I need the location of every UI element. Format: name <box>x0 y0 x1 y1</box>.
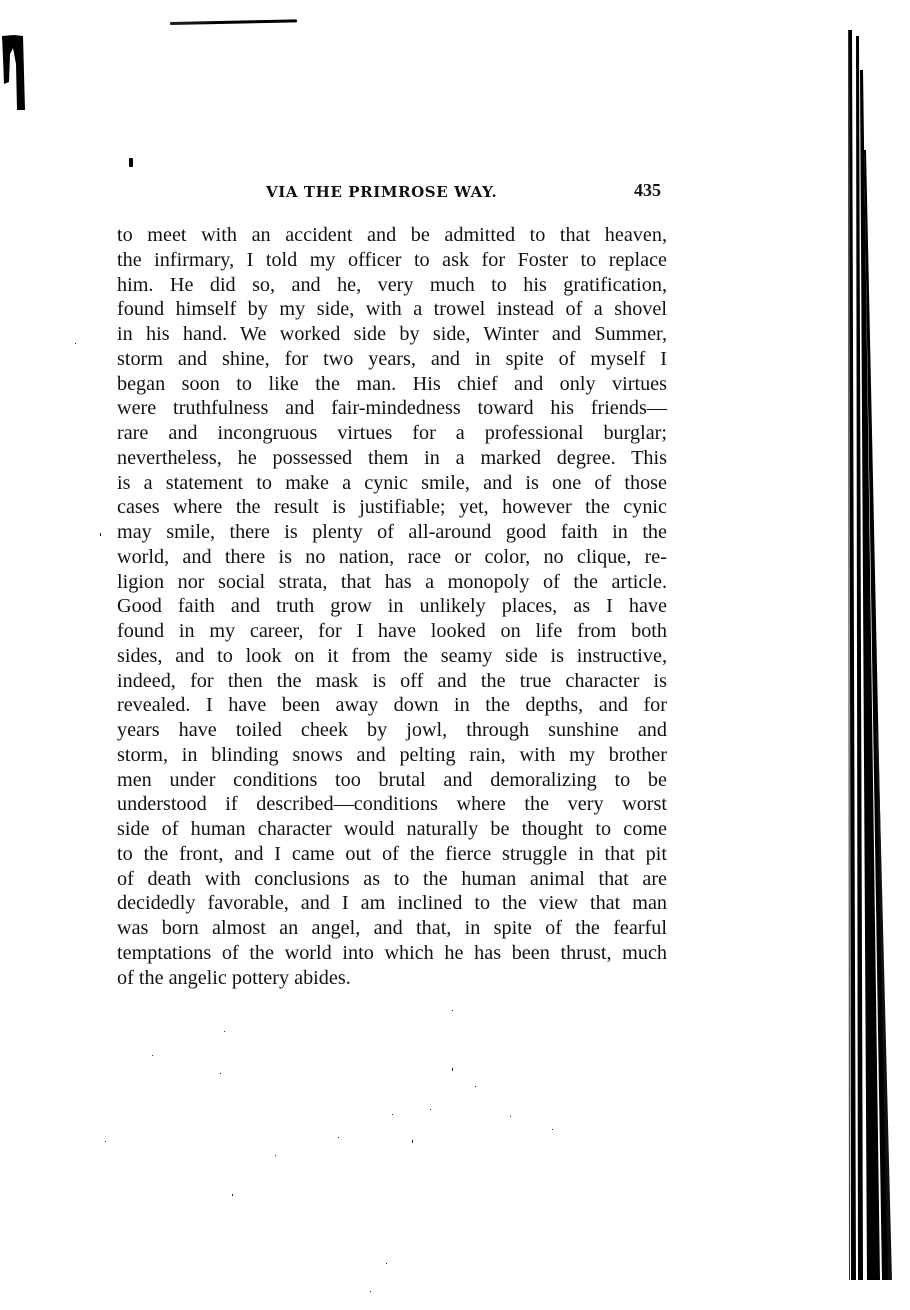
text-line-last: of the angelic pottery abides. <box>117 966 667 991</box>
book-binding-shadow <box>846 30 910 1280</box>
scan-speck <box>475 1086 476 1087</box>
text-line: the infirmary, I told my officer to ask … <box>117 248 667 273</box>
scan-artifact-left-bracket <box>1 34 25 110</box>
text-line: began soon to like the man. His chief an… <box>117 372 667 397</box>
scan-speck <box>452 1010 453 1011</box>
text-line: were truthfulness and fair-mindedness to… <box>117 396 667 421</box>
text-line: side of human character would naturally … <box>117 817 667 842</box>
text-line: sides, and to look on it from the seamy … <box>117 644 667 669</box>
scan-speck <box>392 1114 393 1115</box>
text-line: him. He did so, and he, very much to his… <box>117 273 667 298</box>
scan-speck <box>224 1031 225 1032</box>
page-number: 435 <box>634 180 661 201</box>
text-line: in his hand. We worked side by side, Win… <box>117 322 667 347</box>
text-line: years have toiled cheek by jowl, through… <box>117 718 667 743</box>
scanned-book-page: VIA THE PRIMROSE WAY. 435 to meet with a… <box>0 0 910 1310</box>
scan-speck <box>100 533 101 536</box>
text-line: ligion nor social strata, that has a mon… <box>117 570 667 595</box>
scan-artifact-top-rule <box>170 19 297 25</box>
scan-artifact-dot <box>129 158 133 167</box>
text-line: revealed. I have been away down in the d… <box>117 693 667 718</box>
text-line: of death with conclusions as to the huma… <box>117 867 667 892</box>
text-line: understood if described—conditions where… <box>117 792 667 817</box>
text-line: found himself by my side, with a trowel … <box>117 297 667 322</box>
scan-speck <box>386 1263 387 1264</box>
text-line: may smile, there is plenty of all-around… <box>117 520 667 545</box>
text-line: men under conditions too brutal and demo… <box>117 768 667 793</box>
text-line: decidedly favorable, and I am inclined t… <box>117 891 667 916</box>
text-line: is a statement to make a cynic smile, an… <box>117 471 667 496</box>
text-line: found in my career, for I have looked on… <box>117 619 667 644</box>
text-line: nevertheless, he possessed them in a mar… <box>117 446 667 471</box>
running-head: VIA THE PRIMROSE WAY. <box>266 183 497 201</box>
body-paragraph: to meet with an accident and be admitted… <box>117 223 667 990</box>
scan-speck <box>338 1137 339 1138</box>
scan-speck <box>275 1155 276 1156</box>
text-line: to the front, and I came out of the fier… <box>117 842 667 867</box>
text-line: to meet with an accident and be admitted… <box>117 223 667 248</box>
text-line: Good faith and truth grow in unlikely pl… <box>117 594 667 619</box>
scan-speck <box>452 1068 453 1071</box>
scan-speck <box>552 1129 553 1130</box>
text-line: storm, in blinding snows and pelting rai… <box>117 743 667 768</box>
scan-speck <box>510 1116 511 1117</box>
text-line: indeed, for then the mask is off and the… <box>117 669 667 694</box>
scan-speck <box>152 1055 153 1056</box>
scan-speck <box>232 1194 233 1196</box>
text-line: storm and shine, for two years, and in s… <box>117 347 667 372</box>
scan-speck <box>430 1109 431 1110</box>
text-line: world, and there is no nation, race or c… <box>117 545 667 570</box>
scan-speck <box>220 1073 221 1074</box>
text-line: was born almost an angel, and that, in s… <box>117 916 667 941</box>
scan-speck <box>412 1140 413 1143</box>
text-line: rare and incongruous virtues for a profe… <box>117 421 667 446</box>
text-line: temptations of the world into which he h… <box>117 941 667 966</box>
scan-speck <box>105 1141 106 1142</box>
scan-speck <box>75 343 76 344</box>
text-line: cases where the result is justifiable; y… <box>117 495 667 520</box>
scan-speck <box>370 1291 371 1292</box>
